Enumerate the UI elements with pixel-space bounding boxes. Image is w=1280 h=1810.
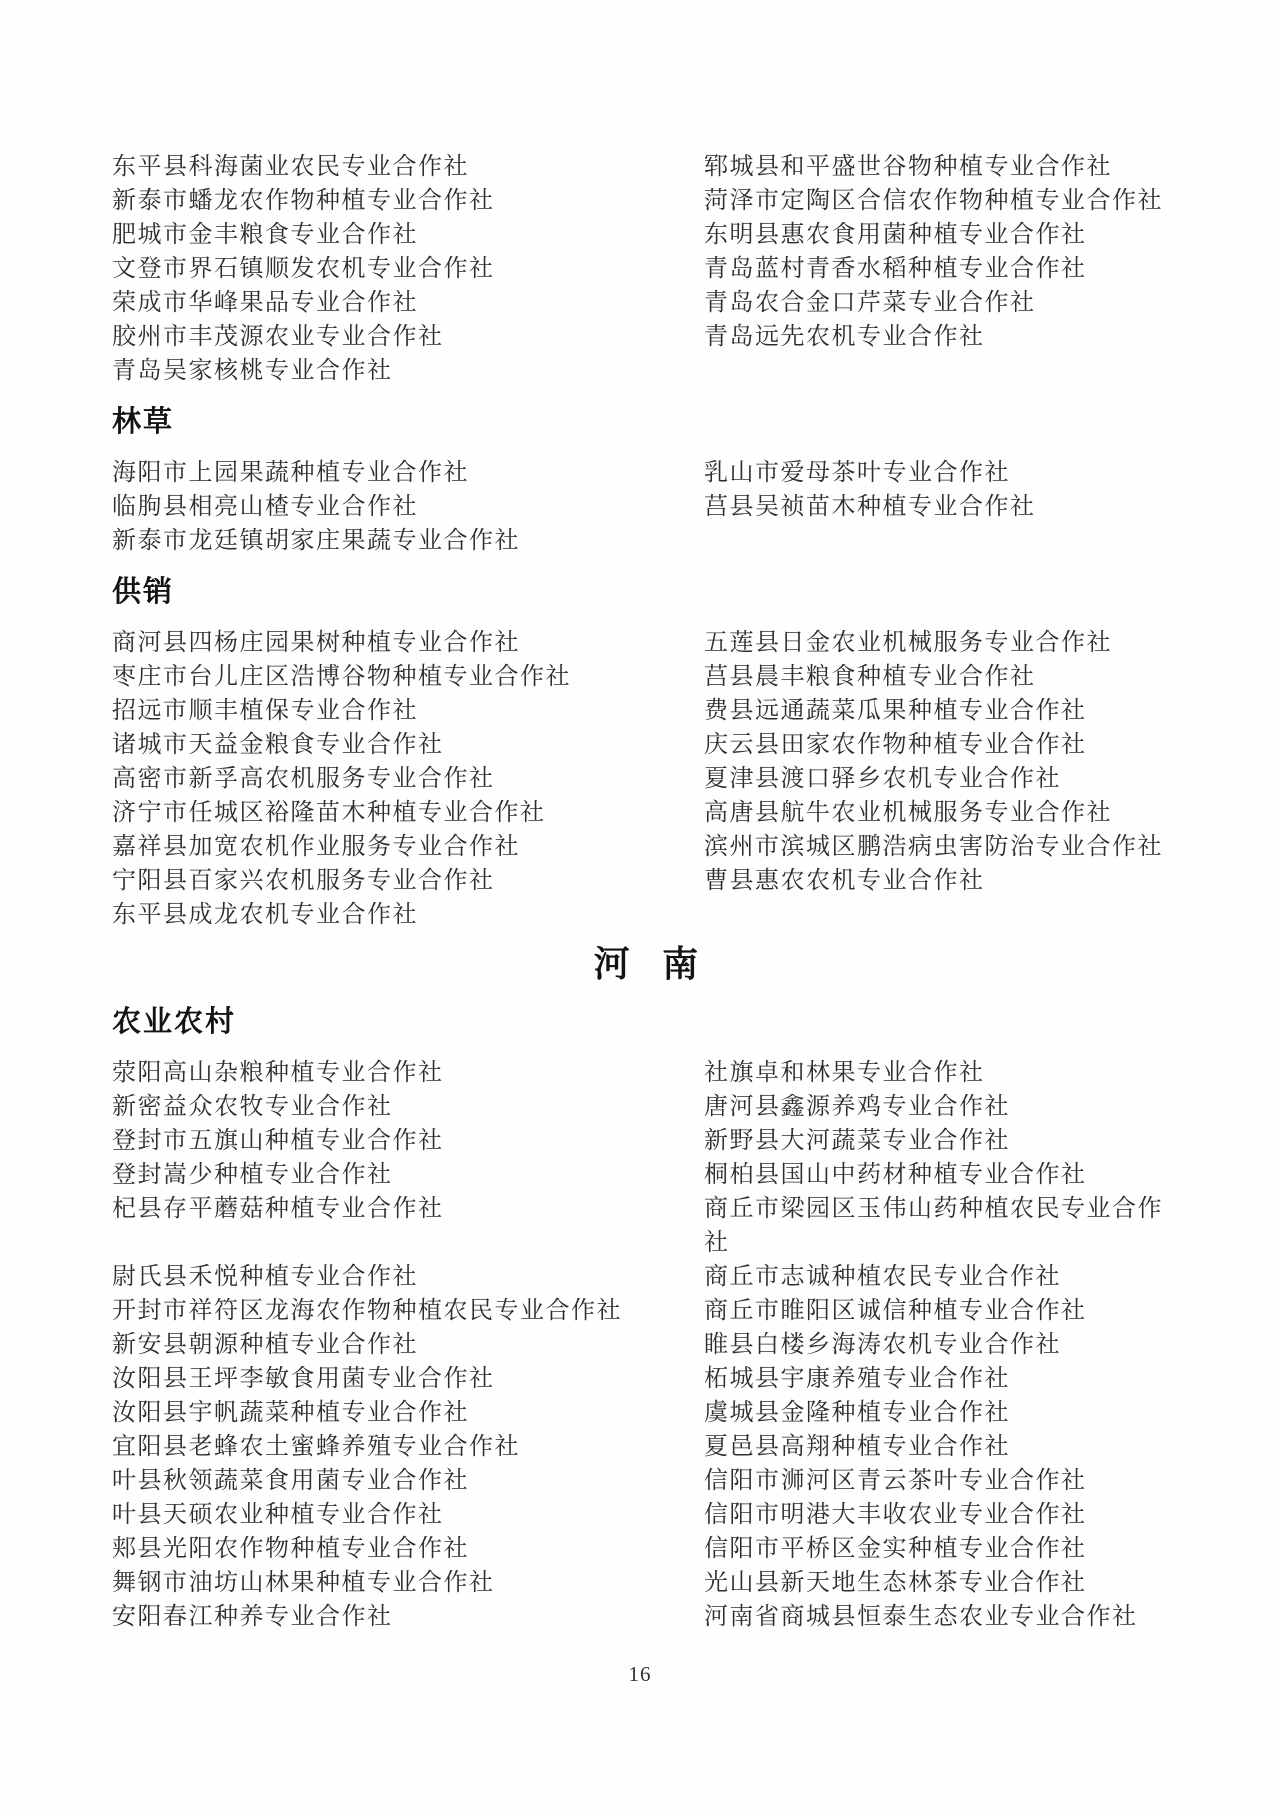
- coop-row: 宁阳县百家兴农机服务专业合作社曹县惠农农机专业合作社: [112, 864, 1180, 898]
- coop-name: 东平县科海菌业农民专业合作社: [112, 150, 704, 184]
- coop-name: 荥阳高山杂粮种植专业合作社: [112, 1056, 704, 1090]
- coop-row: 海阳市上园果蔬种植专业合作社乳山市爱母茶叶专业合作社: [112, 456, 1180, 490]
- coop-row: 青岛吴家核桃专业合作社: [112, 354, 1180, 388]
- coop-name: 舞钢市油坊山林果种植专业合作社: [112, 1566, 704, 1600]
- coop-row: 临朐县相亮山楂专业合作社莒县吴祯苗木种植专业合作社: [112, 490, 1180, 524]
- coop-name: 信阳市平桥区金实种植专业合作社: [704, 1532, 1170, 1566]
- coop-name: 商河县四杨庄园果树种植专业合作社: [112, 626, 704, 660]
- coop-name: 乳山市爱母茶叶专业合作社: [704, 456, 1170, 490]
- coop-name: 滨州市滨城区鹏浩病虫害防治专业合作社: [704, 830, 1170, 864]
- coop-row: 高密市新孚高农机服务专业合作社夏津县渡口驿乡农机专业合作社: [112, 762, 1180, 796]
- coop-name: 汝阳县宇帆蔬菜种植专业合作社: [112, 1396, 704, 1430]
- coop-row: 郏县光阳农作物种植专业合作社信阳市平桥区金实种植专业合作社: [112, 1532, 1180, 1566]
- coop-name: 信阳市浉河区青云茶叶专业合作社: [704, 1464, 1170, 1498]
- coop-name: 招远市顺丰植保专业合作社: [112, 694, 704, 728]
- coop-name: 新泰市蟠龙农作物种植专业合作社: [112, 184, 704, 218]
- coop-name: 商丘市睢阳区诚信种植专业合作社: [704, 1294, 1170, 1328]
- coop-row: 宜阳县老蜂农土蜜蜂养殖专业合作社夏邑县高翔种植专业合作社: [112, 1430, 1180, 1464]
- coop-name: 虞城县金隆种植专业合作社: [704, 1396, 1170, 1430]
- coop-name: 夏邑县高翔种植专业合作社: [704, 1430, 1170, 1464]
- coop-name: 登封市五旗山种植专业合作社: [112, 1124, 704, 1158]
- coop-row: 安阳春江种养专业合作社河南省商城县恒泰生态农业专业合作社: [112, 1600, 1180, 1634]
- coop-row: 杞县存平蘑菇种植专业合作社商丘市梁园区玉伟山药种植农民专业合作社: [112, 1192, 1180, 1260]
- coop-row: 嘉祥县加宽农机作业服务专业合作社滨州市滨城区鹏浩病虫害防治专业合作社: [112, 830, 1180, 864]
- coop-name: 高密市新孚高农机服务专业合作社: [112, 762, 704, 796]
- section: 农业农村荥阳高山杂粮种植专业合作社社旗卓和林果专业合作社新密益众农牧专业合作社唐…: [112, 1002, 1180, 1634]
- coop-name: 叶县秋领蔬菜食用菌专业合作社: [112, 1464, 704, 1498]
- coop-name: 青岛吴家核桃专业合作社: [112, 354, 704, 388]
- section: 林草海阳市上园果蔬种植专业合作社乳山市爱母茶叶专业合作社临朐县相亮山楂专业合作社…: [112, 402, 1180, 558]
- coop-name: 曹县惠农农机专业合作社: [704, 864, 1170, 898]
- coop-row: 济宁市任城区裕隆苗木种植专业合作社高唐县航牛农业机械服务专业合作社: [112, 796, 1180, 830]
- coop-name: 新安县朝源种植专业合作社: [112, 1328, 704, 1362]
- province-heading: 河南: [112, 940, 1180, 988]
- coop-row: 诸城市天益金粮食专业合作社庆云县田家农作物种植专业合作社: [112, 728, 1180, 762]
- coop-name: 尉氏县禾悦种植专业合作社: [112, 1260, 704, 1294]
- coop-row: 枣庄市台儿庄区浩博谷物种植专业合作社莒县晨丰粮食种植专业合作社: [112, 660, 1180, 694]
- coop-name: 桐柏县国山中药材种植专业合作社: [704, 1158, 1170, 1192]
- coop-name: 高唐县航牛农业机械服务专业合作社: [704, 796, 1170, 830]
- coop-name: 宜阳县老蜂农土蜜蜂养殖专业合作社: [112, 1430, 704, 1464]
- coop-name: 青岛农合金口芹菜专业合作社: [704, 286, 1170, 320]
- cooperative-list: 东平县科海菌业农民专业合作社郓城县和平盛世谷物种植专业合作社新泰市蟠龙农作物种植…: [112, 150, 1180, 1634]
- coop-row: 登封市五旗山种植专业合作社新野县大河蔬菜专业合作社: [112, 1124, 1180, 1158]
- coop-name: 诸城市天益金粮食专业合作社: [112, 728, 704, 762]
- section: 供销商河县四杨庄园果树种植专业合作社五莲县日金农业机械服务专业合作社枣庄市台儿庄…: [112, 572, 1180, 932]
- coop-name: 费县远通蔬菜瓜果种植专业合作社: [704, 694, 1170, 728]
- section: 东平县科海菌业农民专业合作社郓城县和平盛世谷物种植专业合作社新泰市蟠龙农作物种植…: [112, 150, 1180, 388]
- coop-name: 东平县成龙农机专业合作社: [112, 898, 704, 932]
- coop-name: 东明县惠农食用菌种植专业合作社: [704, 218, 1170, 252]
- coop-name: 肥城市金丰粮食专业合作社: [112, 218, 704, 252]
- coop-name: 新泰市龙廷镇胡家庄果蔬专业合作社: [112, 524, 704, 558]
- coop-name: 郏县光阳农作物种植专业合作社: [112, 1532, 704, 1566]
- coop-name: 嘉祥县加宽农机作业服务专业合作社: [112, 830, 704, 864]
- coop-row: 肥城市金丰粮食专业合作社东明县惠农食用菌种植专业合作社: [112, 218, 1180, 252]
- coop-name: 新野县大河蔬菜专业合作社: [704, 1124, 1170, 1158]
- coop-row: 新泰市龙廷镇胡家庄果蔬专业合作社: [112, 524, 1180, 558]
- coop-name: 郓城县和平盛世谷物种植专业合作社: [704, 150, 1170, 184]
- coop-name: 莒县晨丰粮食种植专业合作社: [704, 660, 1170, 694]
- coop-name: 五莲县日金农业机械服务专业合作社: [704, 626, 1170, 660]
- coop-name: 杞县存平蘑菇种植专业合作社: [112, 1192, 704, 1226]
- coop-name: 安阳春江种养专业合作社: [112, 1600, 704, 1634]
- page-number: 16: [0, 1662, 1280, 1687]
- coop-row: 荥阳高山杂粮种植专业合作社社旗卓和林果专业合作社: [112, 1056, 1180, 1090]
- coop-row: 新密益众农牧专业合作社唐河县鑫源养鸡专业合作社: [112, 1090, 1180, 1124]
- coop-name: 庆云县田家农作物种植专业合作社: [704, 728, 1170, 762]
- coop-name: 宁阳县百家兴农机服务专业合作社: [112, 864, 704, 898]
- coop-row: 东平县成龙农机专业合作社: [112, 898, 1180, 932]
- coop-row: 叶县天硕农业种植专业合作社信阳市明港大丰收农业专业合作社: [112, 1498, 1180, 1532]
- coop-name: 汝阳县王坪李敏食用菌专业合作社: [112, 1362, 704, 1396]
- coop-name: 莒县吴祯苗木种植专业合作社: [704, 490, 1170, 524]
- coop-row: 汝阳县王坪李敏食用菌专业合作社柘城县宇康养殖专业合作社: [112, 1362, 1180, 1396]
- coop-name: 开封市祥符区龙海农作物种植农民专业合作社: [112, 1294, 704, 1328]
- coop-row: 登封嵩少种植专业合作社桐柏县国山中药材种植专业合作社: [112, 1158, 1180, 1192]
- coop-name: 河南省商城县恒泰生态农业专业合作社: [704, 1600, 1170, 1634]
- coop-name: 社旗卓和林果专业合作社: [704, 1056, 1170, 1090]
- coop-row: 叶县秋领蔬菜食用菌专业合作社信阳市浉河区青云茶叶专业合作社: [112, 1464, 1180, 1498]
- coop-name: 胶州市丰茂源农业专业合作社: [112, 320, 704, 354]
- section-heading: 供销: [112, 572, 1180, 612]
- coop-name: 济宁市任城区裕隆苗木种植专业合作社: [112, 796, 704, 830]
- coop-name: 叶县天硕农业种植专业合作社: [112, 1498, 704, 1532]
- coop-name: 新密益众农牧专业合作社: [112, 1090, 704, 1124]
- coop-row: 胶州市丰茂源农业专业合作社青岛远先农机专业合作社: [112, 320, 1180, 354]
- coop-name: 海阳市上园果蔬种植专业合作社: [112, 456, 704, 490]
- document-page: 东平县科海菌业农民专业合作社郓城县和平盛世谷物种植专业合作社新泰市蟠龙农作物种植…: [0, 0, 1280, 1810]
- coop-name: 登封嵩少种植专业合作社: [112, 1158, 704, 1192]
- coop-row: 东平县科海菌业农民专业合作社郓城县和平盛世谷物种植专业合作社: [112, 150, 1180, 184]
- coop-name: 光山县新天地生态林茶专业合作社: [704, 1566, 1170, 1600]
- coop-name: 临朐县相亮山楂专业合作社: [112, 490, 704, 524]
- section-heading: 林草: [112, 402, 1180, 442]
- coop-row: 文登市界石镇顺发农机专业合作社青岛蓝村青香水稻种植专业合作社: [112, 252, 1180, 286]
- section-heading: 农业农村: [112, 1002, 1180, 1042]
- coop-row: 荣成市华峰果品专业合作社青岛农合金口芹菜专业合作社: [112, 286, 1180, 320]
- coop-name: 睢县白楼乡海涛农机专业合作社: [704, 1328, 1170, 1362]
- coop-name: 商丘市梁园区玉伟山药种植农民专业合作社: [704, 1192, 1170, 1260]
- coop-row: 汝阳县宇帆蔬菜种植专业合作社虞城县金隆种植专业合作社: [112, 1396, 1180, 1430]
- coop-name: 青岛蓝村青香水稻种植专业合作社: [704, 252, 1170, 286]
- coop-name: 唐河县鑫源养鸡专业合作社: [704, 1090, 1170, 1124]
- coop-name: 文登市界石镇顺发农机专业合作社: [112, 252, 704, 286]
- coop-row: 商河县四杨庄园果树种植专业合作社五莲县日金农业机械服务专业合作社: [112, 626, 1180, 660]
- coop-name: 菏泽市定陶区合信农作物种植专业合作社: [704, 184, 1170, 218]
- coop-row: 开封市祥符区龙海农作物种植农民专业合作社商丘市睢阳区诚信种植专业合作社: [112, 1294, 1180, 1328]
- coop-row: 尉氏县禾悦种植专业合作社商丘市志诚种植农民专业合作社: [112, 1260, 1180, 1294]
- coop-name: 信阳市明港大丰收农业专业合作社: [704, 1498, 1170, 1532]
- coop-name: 夏津县渡口驿乡农机专业合作社: [704, 762, 1170, 796]
- coop-row: 招远市顺丰植保专业合作社费县远通蔬菜瓜果种植专业合作社: [112, 694, 1180, 728]
- coop-row: 新安县朝源种植专业合作社睢县白楼乡海涛农机专业合作社: [112, 1328, 1180, 1362]
- coop-name: 枣庄市台儿庄区浩博谷物种植专业合作社: [112, 660, 704, 694]
- coop-name: 荣成市华峰果品专业合作社: [112, 286, 704, 320]
- coop-name: 商丘市志诚种植农民专业合作社: [704, 1260, 1170, 1294]
- coop-row: 舞钢市油坊山林果种植专业合作社光山县新天地生态林茶专业合作社: [112, 1566, 1180, 1600]
- coop-name: 青岛远先农机专业合作社: [704, 320, 1170, 354]
- coop-name: 柘城县宇康养殖专业合作社: [704, 1362, 1170, 1396]
- coop-row: 新泰市蟠龙农作物种植专业合作社菏泽市定陶区合信农作物种植专业合作社: [112, 184, 1180, 218]
